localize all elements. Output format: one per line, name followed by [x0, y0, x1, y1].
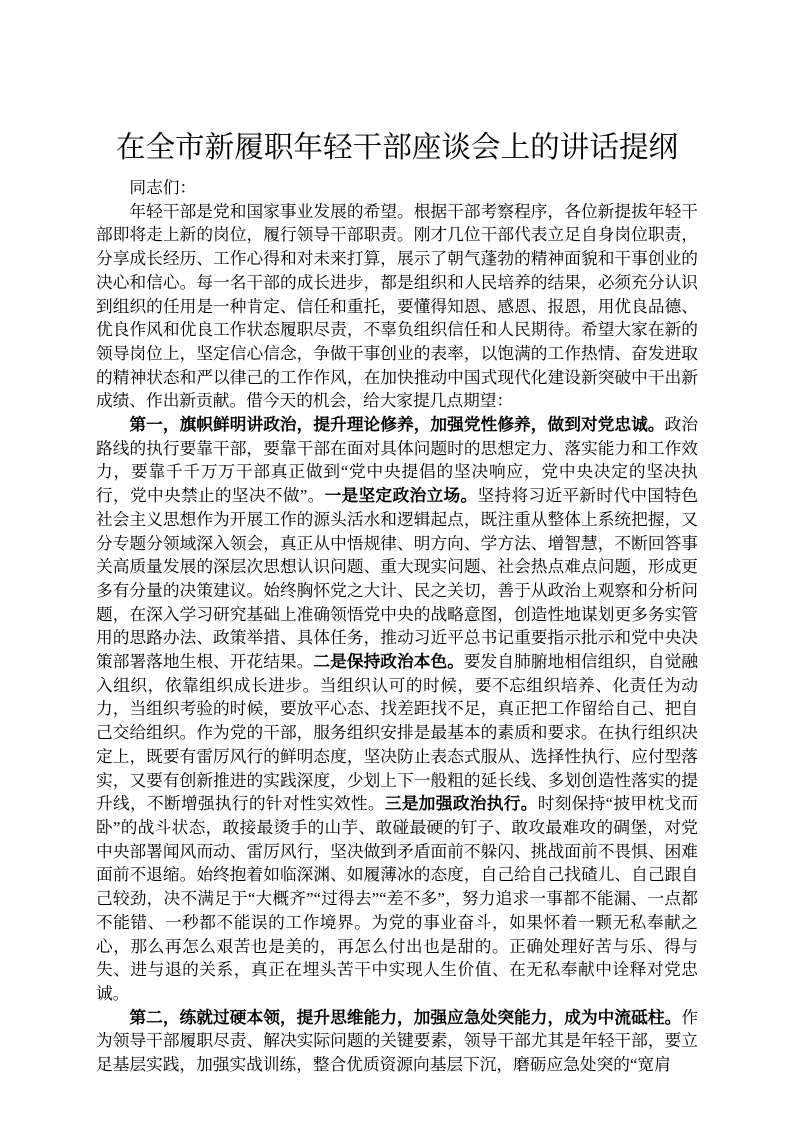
bold-run: 三是加强政治执行。 [385, 794, 538, 813]
paragraph-point-one: 第一，旗帜鲜明讲政治，提升理论修养，加强党性修养，做到对党忠诚。政治路线的执行要… [96, 413, 698, 1006]
text-run: 坚持将习近平新时代中国特色社会主义思想作为开展工作的源头活水和逻辑起点，既注重从… [96, 486, 698, 671]
bold-run: 第一，旗帜鲜明讲政治，提升理论修养，加强党性修养，做到对党忠诚。 [129, 415, 664, 434]
bold-run: 一是坚定政治立场。 [325, 486, 478, 505]
paragraph-intro: 年轻干部是党和国家事业发展的希望。根据干部考察程序，各位新提拔年轻干部即将走上新… [96, 200, 698, 413]
document-page: 在全市新履职年轻干部座谈会上的讲话提纲 同志们： 年轻干部是党和国家事业发展的希… [0, 0, 793, 1121]
salutation: 同志们： [96, 176, 698, 200]
bold-run: 第二，练就过硬本领，提升思维能力，加强应急处突能力，成为中流砥柱。 [129, 1008, 681, 1027]
text-run: 时刻保持“披甲枕戈而卧”的战斗状态，敢接最烫手的山芋、敢碰最硬的钉子、敢攻最难攻… [96, 794, 698, 1003]
paragraph-point-two: 第二，练就过硬本领，提升思维能力，加强应急处突能力，成为中流砥柱。作为领导干部履… [96, 1006, 698, 1077]
document-title: 在全市新履职年轻干部座谈会上的讲话提纲 [96, 128, 698, 169]
bold-run: 二是保持政治本色。 [313, 652, 464, 671]
text-run: 年轻干部是党和国家事业发展的希望。根据干部考察程序，各位新提拔年轻干部即将走上新… [96, 202, 698, 411]
text-run: 要发自肺腑地相信组织，自觉融入组织，依靠组织成长进步。当组织认可的时候，要不忘组… [96, 652, 698, 813]
